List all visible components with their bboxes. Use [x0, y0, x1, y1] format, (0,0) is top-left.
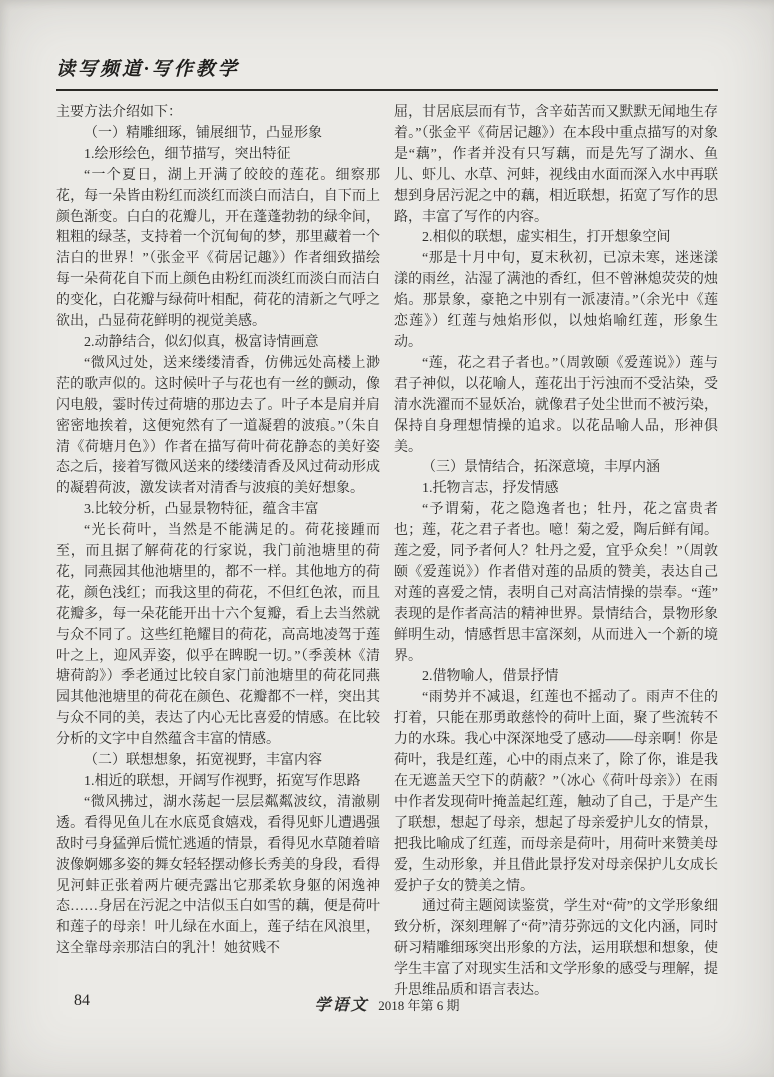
two-column-layout: 主要方法介绍如下：（一）精雕细琢，铺展细节，凸显形象1.绘形绘色，细节描写，突出… — [56, 103, 718, 1002]
paragraph: 1.托物言志，抒发情感 — [394, 479, 718, 500]
left-column: 主要方法介绍如下：（一）精雕细琢，铺展细节，凸显形象1.绘形绘色，细节描写，突出… — [56, 103, 380, 1002]
journal-page: 读写频道·写作教学 主要方法介绍如下：（一）精雕细琢，铺展细节，凸显形象1.绘形… — [0, 0, 774, 1077]
journal-name: 学语文 — [314, 997, 368, 1014]
paragraph: 屈，甘居底层而有节，含辛茹苦而又默默无闻地生存着。”（张金平《荷居记趣》）在本段… — [394, 103, 718, 228]
paragraph: “微风拂过，湖水荡起一层层粼粼波纹，清澈剔透。看得见鱼儿在水底觅食嬉戏，看得见虾… — [56, 793, 380, 960]
paragraph: 2.动静结合，似幻似真，极富诗情画意 — [56, 333, 380, 354]
paragraph: “光长荷叶，当然是不能满足的。荷花接踵而至，而且据了解荷花的行家说，我门前池塘里… — [56, 521, 380, 751]
paragraph: “那是十月中旬，夏末秋初，已凉未寒，迷迷漾漾的雨丝，沾湿了满池的香红，但不曾淋熄… — [394, 249, 718, 354]
journal-line: 学语文 2018 年第 6 期 — [56, 992, 718, 1015]
header-rule — [56, 89, 718, 91]
journal-issue: 2018 年第 6 期 — [378, 998, 459, 1013]
paragraph: 1.绘形绘色，细节描写，突出特征 — [56, 145, 380, 166]
paragraph: “微风过处，送来缕缕清香，仿佛远处高楼上渺茫的歌声似的。这时候叶子与花也有一丝的… — [56, 354, 380, 500]
right-column: 屈，甘居底层而有节，含辛茹苦而又默默无闻地生存着。”（张金平《荷居记趣》）在本段… — [394, 103, 718, 1002]
paragraph: （一）精雕细琢，铺展细节，凸显形象 — [56, 124, 380, 145]
paragraph: （二）联想想象，拓宽视野，丰富内容 — [56, 751, 380, 772]
section-header-title: 读写频道·写作教学 — [56, 54, 718, 89]
paragraph: 主要方法介绍如下： — [56, 103, 380, 124]
page-content: 读写频道·写作教学 主要方法介绍如下：（一）精雕细琢，铺展细节，凸显形象1.绘形… — [56, 54, 718, 1002]
paragraph: “雨势并不减退，红莲也不摇动了。雨声不住的打着，只能在那勇敢慈怜的荷叶上面，聚了… — [394, 688, 718, 897]
paragraph: “予谓菊，花之隐逸者也；牡丹，花之富贵者也；莲，花之君子者也。噫！菊之爱，陶后鲜… — [394, 500, 718, 667]
paragraph: “一个夏日，湖上开满了皎皎的莲花。细察那花，每一朵皆由粉红而淡红而淡白而洁白，自… — [56, 166, 380, 333]
paragraph: 2.相似的联想，虚实相生，打开想象空间 — [394, 228, 718, 249]
paragraph: 3.比较分析，凸显景物特征，蕴含丰富 — [56, 500, 380, 521]
paragraph: 2.借物喻人，借景抒情 — [394, 667, 718, 688]
paragraph: 通过荷主题阅读鉴赏，学生对“荷”的文学形象细致分析，深刻理解了“荷”清芬弥远的文… — [394, 897, 718, 1002]
paragraph: “莲，花之君子者也。”（周敦颐《爱莲说》）莲与君子神似，以花喻人，莲花出于污浊而… — [394, 354, 718, 459]
page-footer: 84 学语文 2018 年第 6 期 — [56, 992, 718, 1016]
paragraph: 1.相近的联想，开阔写作视野，拓宽写作思路 — [56, 772, 380, 793]
paragraph: （三）景情结合，拓深意境，丰厚内涵 — [394, 458, 718, 479]
